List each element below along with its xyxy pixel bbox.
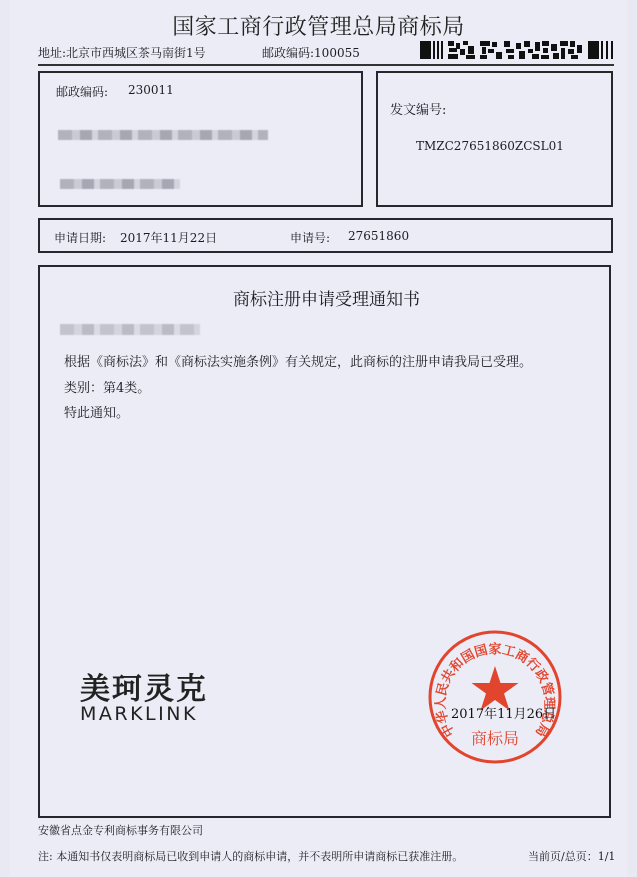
- document-number-label: 发文编号:: [390, 99, 446, 118]
- recipient-address-redacted: [58, 130, 268, 140]
- application-date-value: 2017年11月22日: [120, 229, 217, 246]
- svg-text:商标局: 商标局: [471, 729, 519, 748]
- recipient-postcode-value: 230011: [128, 83, 174, 97]
- official-seal-icon: 中华人民共和国国家工商行政管理总局 商标局: [426, 628, 564, 766]
- application-date-label: 申请日期:: [54, 229, 106, 246]
- notice-title: 商标注册申请受理通知书: [40, 285, 613, 310]
- application-info-box: 申请日期: 2017年11月22日 申请号: 27651860: [38, 218, 613, 253]
- notice-category: 类别：第4类。: [64, 377, 150, 396]
- header-divider: [38, 64, 614, 66]
- recipient-box: 邮政编码: 230011: [38, 71, 363, 207]
- authority-address: 地址:北京市西城区茶马南街1号: [38, 44, 206, 61]
- notice-box: 商标注册申请受理通知书 根据《商标法》和《商标法实施条例》有关规定，此商标的注册…: [38, 265, 611, 818]
- footnote: 注: 本通知书仅表明商标局已收到申请人的商标申请，并不表明所申请商标已获准注册。: [38, 848, 463, 864]
- seal-date: 2017年11月26日: [451, 703, 556, 722]
- document-number-box: 发文编号: TMZC27651860ZCSL01: [376, 71, 613, 207]
- application-number-value: 27651860: [348, 229, 409, 243]
- barcode-icon: [420, 40, 616, 60]
- trademark-name-cn: 美珂灵克: [80, 664, 208, 708]
- recipient-postcode-label: 邮政编码:: [56, 83, 108, 100]
- recipient-name-redacted: [60, 179, 180, 189]
- trademark-name-en: MARKLINK: [80, 703, 198, 725]
- authority-title: 国家工商行政管理总局商标局: [0, 10, 637, 41]
- addressee-redacted: [60, 324, 200, 335]
- document-number-value: TMZC27651860ZCSL01: [416, 139, 564, 153]
- notice-closing: 特此通知。: [64, 402, 129, 421]
- authority-postcode: 邮政编码:100055: [262, 44, 360, 61]
- notice-body: 根据《商标法》和《商标法实施条例》有关规定，此商标的注册申请我局已受理。: [64, 351, 532, 370]
- page-indicator: 当前页/总页：1/1: [528, 848, 615, 864]
- agent-name: 安徽省点金专利商标事务有限公司: [38, 822, 203, 838]
- application-number-label: 申请号:: [290, 229, 330, 246]
